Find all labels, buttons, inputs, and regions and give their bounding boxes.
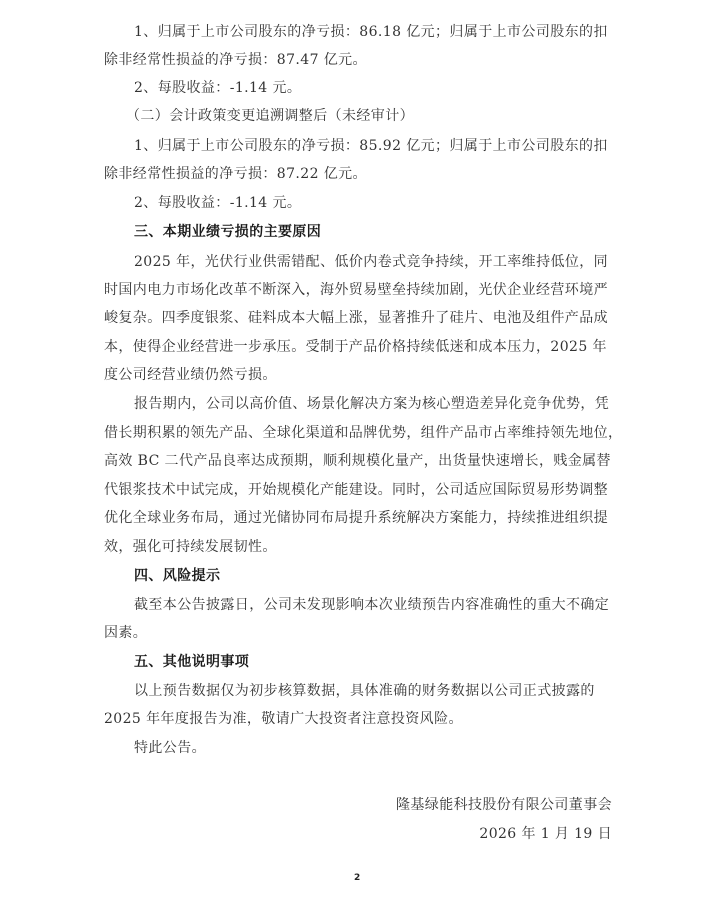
text-line-net-loss-original-cont: 除非经常性损益的净亏损：87.47 亿元。 [104, 50, 367, 70]
section-heading-other-notes: 五、其他说明事项 [134, 652, 249, 672]
paragraph-line: 高效 BC 二代产品良率达成预期，顺利规模化量产，出货量快速增长，贱金属替 [104, 451, 611, 471]
signature-date: 2026 年 1 月 19 日 [479, 824, 612, 844]
paragraph-line: 代银浆技术中试完成，开始规模化产能建设。同时，公司适应国际贸易形势调整 [104, 480, 608, 500]
paragraph-line: 报告期内，公司以高价值、场景化解决方案为核心塑造差异化竞争优势，凭 [134, 394, 609, 414]
page-number: 2 [354, 873, 360, 883]
paragraph-line: 因素。 [104, 623, 147, 643]
paragraph-line: 2025 年年度报告为准，敬请广大投资者注意投资风险。 [104, 709, 463, 729]
text-line-eps-original: 2、每股收益：-1.14 元。 [134, 78, 301, 98]
text-line-net-loss-adjusted: 1、归属于上市公司股东的净亏损：85.92 亿元；归属于上市公司股东的扣 [134, 136, 608, 156]
paragraph-line: 2025 年，光伏行业供需错配、低价内卷式竞争持续，开工率维持低位，同 [134, 252, 608, 272]
section-heading-risk-notice: 四、风险提示 [134, 566, 220, 586]
paragraph-line: 时国内电力市场化改革不断深入，海外贸易壁垒持续加剧，光伏企业经营环境严 [104, 280, 608, 300]
signature-company: 隆基绿能科技股份有限公司董事会 [396, 795, 612, 815]
paragraph-line: 峻复杂。四季度银浆、硅料成本大幅上涨，显著推升了硅片、电池及组件产品成 [104, 308, 608, 328]
paragraph-line: 效，强化可持续发展韧性。 [104, 537, 277, 557]
closing-statement: 特此公告。 [134, 738, 206, 758]
text-line-net-loss-original: 1、归属于上市公司股东的净亏损：86.18 亿元；归属于上市公司股东的扣 [134, 22, 608, 42]
paragraph-line: 借长期积累的领先产品、全球化渠道和品牌优势，组件产品市占率维持领先地位， [104, 423, 622, 443]
subsection-heading-adjusted: （二）会计政策变更追溯调整后（未经审计） [126, 106, 414, 126]
paragraph-line: 截至本公告披露日，公司未发现影响本次业绩预告内容准确性的重大不确定 [134, 595, 609, 615]
section-heading-loss-reasons: 三、本期业绩亏损的主要原因 [134, 222, 321, 242]
text-line-net-loss-adjusted-cont: 除非经常性损益的净亏损：87.22 亿元。 [104, 164, 367, 184]
paragraph-line: 以上预告数据仅为初步核算数据，具体准确的财务数据以公司正式披露的 [134, 681, 595, 701]
paragraph-line: 本，使得企业经营进一步承压。受制于产品价格持续低迷和成本压力，2025 年 [104, 337, 607, 357]
paragraph-line: 优化全球业务布局，通过光储协同布局提升系统解决方案能力，持续推进组织提 [104, 508, 608, 528]
paragraph-line: 度公司经营业绩仍然亏损。 [104, 365, 277, 385]
text-line-eps-adjusted: 2、每股收益：-1.14 元。 [134, 193, 301, 213]
